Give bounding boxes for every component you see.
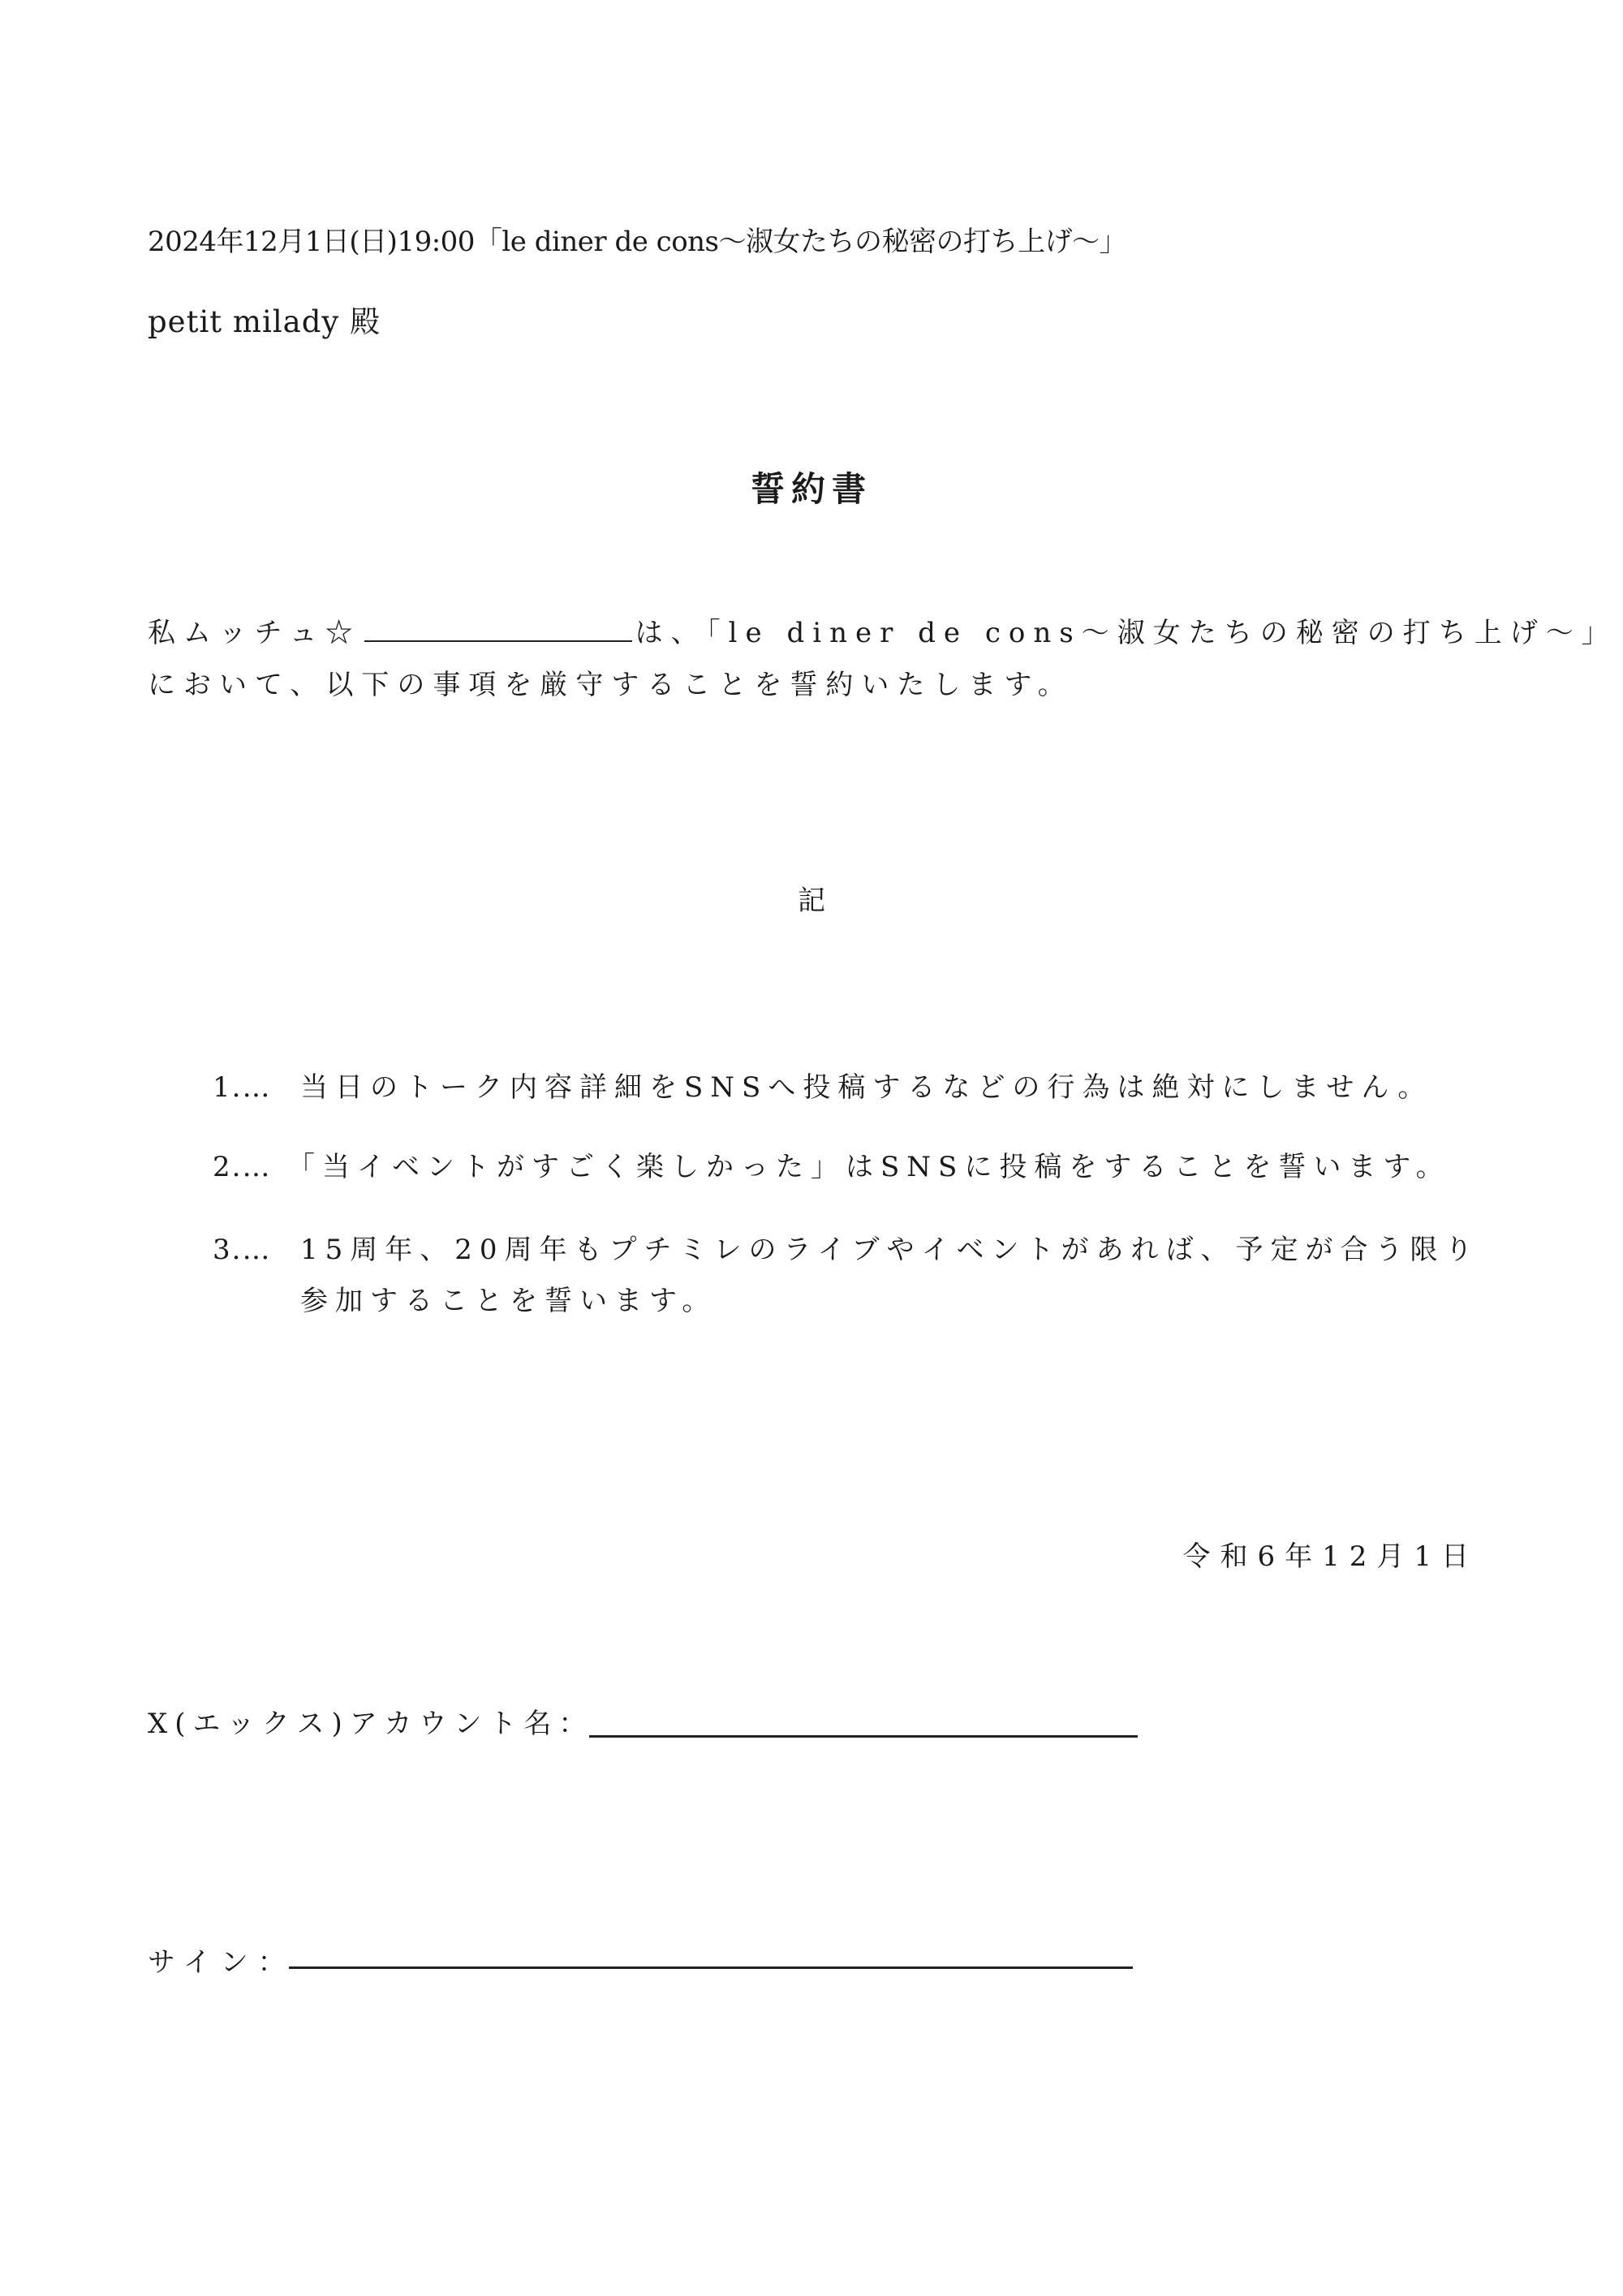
ki-heading: 記 [0,878,1623,918]
account-name-field[interactable] [589,1735,1138,1738]
pledge-statement-line-2: において、以下の事項を厳守することを誓約いたします。 [148,662,1074,702]
name-blank-field[interactable] [364,613,632,642]
pledge-statement-line-1: 私ムッチュ☆は、「le diner de cons〜淑女たちの秘密の打ち上げ〜」 [148,610,1617,650]
addressee: petit milady 殿 [148,297,381,341]
item-text: 当日のトーク内容詳細をSNSへ投稿するなどの行為は絶対にしません。 [300,1071,1432,1104]
signature-field[interactable] [289,1966,1133,1969]
item-text: 15周年、20周年もプチミレのライブやイベントがあれば、予定が合う限り [300,1234,1480,1266]
pledge-prefix: 私ムッチュ☆ [148,617,361,649]
item-number: 3.… [213,1234,300,1266]
list-item: 1.…当日のトーク内容詳細をSNSへ投稿するなどの行為は絶対にしません。 [213,1065,1432,1105]
pledge-suffix: は、「le diner de cons〜淑女たちの秘密の打ち上げ〜」 [635,617,1617,649]
signature-label: サイン： [148,1940,295,1979]
list-item-continuation: 参加することを誓います。 [300,1278,717,1318]
list-item: 3.…15周年、20周年もプチミレのライブやイベントがあれば、予定が合う限り [213,1227,1480,1267]
item-text: 「当イベントがすごく楽しかった」はSNSに投稿をすることを誓います。 [287,1151,1451,1183]
item-number: 1.… [213,1071,300,1104]
account-name-label: X(エックス)アカウント名： [148,1701,593,1741]
list-item: 2.…「当イベントがすごく楽しかった」はSNSに投稿をすることを誓います。 [213,1144,1451,1184]
event-header: 2024年12月1日(日)19:00「le diner de cons〜淑女たち… [148,219,1126,259]
document-date: 令和6年12月1日 [1182,1534,1479,1574]
document-title: 誓約書 [0,463,1623,511]
